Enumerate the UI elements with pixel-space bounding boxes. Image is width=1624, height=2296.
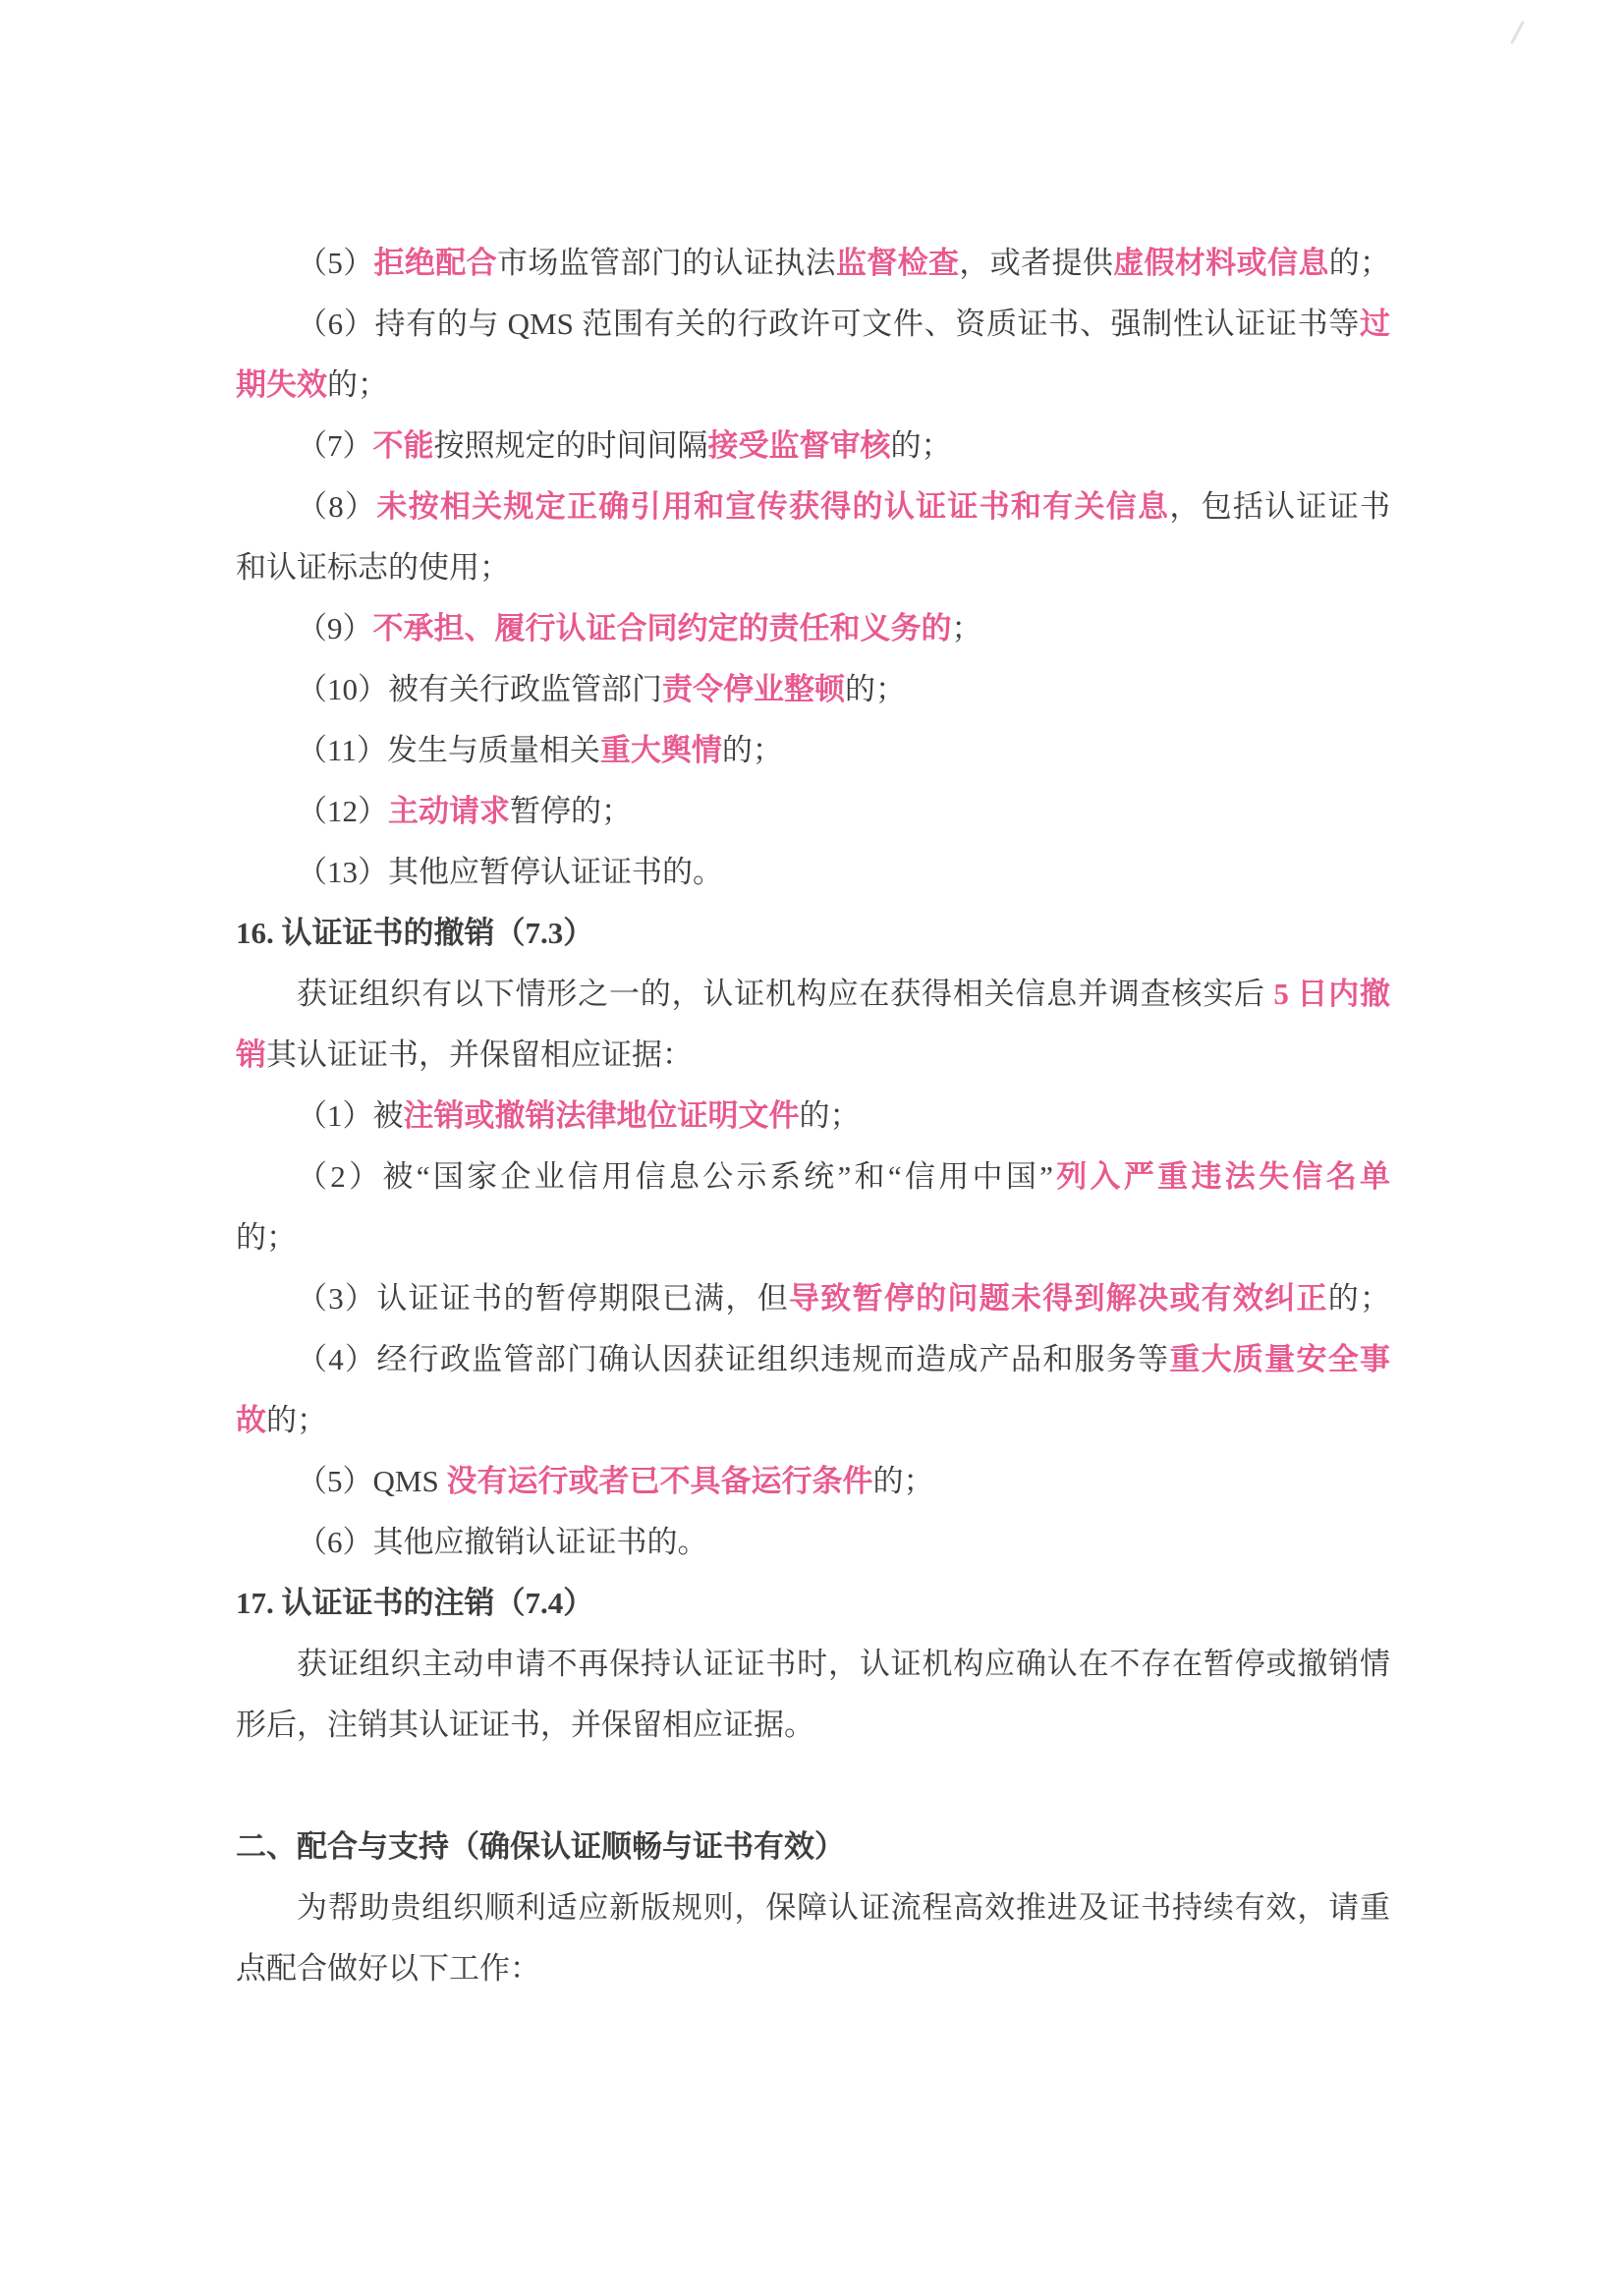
- scan-artifact: [1510, 21, 1525, 44]
- highlighted-text: 不承担、履行认证合同约定的责任和义务的: [373, 611, 952, 645]
- document-page: （5）拒绝配合市场监管部门的认证执法监督检查，或者提供虚假材料或信息的；（6）持…: [0, 0, 1624, 2296]
- text-line: [236, 1756, 1390, 1817]
- text-segment: 二、配合与支持（确保认证顺畅与证书有效）: [236, 1829, 845, 1864]
- highlighted-text: 重大舆情: [600, 733, 722, 767]
- highlighted-text: 5 日内撤: [1273, 977, 1390, 1011]
- text-line: （12）主动请求暂停的；: [236, 781, 1390, 842]
- text-segment: 和认证标志的使用；: [236, 550, 510, 585]
- text-segment: 获证组织有以下情形之一的，认证机构应在获得相关信息并调查核实后: [297, 977, 1273, 1011]
- text-segment: （1）被: [297, 1098, 404, 1133]
- text-line: （1）被注销或撤销法律地位证明文件的；: [236, 1086, 1390, 1147]
- text-segment: 的；: [1328, 1281, 1390, 1316]
- text-line: （6）其他应撤销认证证书的。: [236, 1512, 1390, 1573]
- highlighted-text: 不能: [373, 428, 434, 463]
- text-segment: 的；: [845, 672, 906, 706]
- text-line: （13）其他应暂停认证证书的。: [236, 842, 1390, 903]
- text-line: （8）未按相关规定正确引用和宣传获得的认证证书和有关信息，包括认证证书: [236, 476, 1390, 537]
- text-line: （4）经行政监管部门确认因获证组织违规而造成产品和服务等重大质量安全事: [236, 1329, 1390, 1390]
- text-line: （2）被“国家企业信用信息公示系统”和“信用中国”列入严重违法失信名单: [236, 1147, 1390, 1207]
- text-line: 故的；: [236, 1390, 1390, 1451]
- text-line: 形后，注销其认证证书，并保留相应证据。: [236, 1695, 1390, 1756]
- text-segment: 点配合做好以下工作：: [236, 1951, 540, 1986]
- text-line: 获证组织主动申请不再保持认证证书时，认证机构应确认在不存在暂停或撤销情: [236, 1634, 1390, 1695]
- section-heading: 二、配合与支持（确保认证顺畅与证书有效）: [236, 1817, 1390, 1877]
- text-segment: （2）被“国家企业信用信息公示系统”和“信用中国”: [297, 1159, 1053, 1194]
- section-heading: 17. 认证证书的注销（7.4）: [236, 1573, 1390, 1634]
- text-segment: 17. 认证证书的注销（7.4）: [236, 1586, 593, 1620]
- text-segment: 按照规定的时间间隔: [434, 428, 708, 463]
- text-line: 为帮助贵组织顺利适应新版规则，保障认证流程高效推进及证书持续有效，请重: [236, 1877, 1390, 1938]
- text-segment: 形后，注销其认证证书，并保留相应证据。: [236, 1708, 814, 1742]
- highlighted-text: 虚假材料或信息: [1113, 246, 1329, 280]
- text-segment: （8）: [297, 489, 376, 524]
- text-line: 点配合做好以下工作：: [236, 1938, 1390, 1999]
- text-line: （9）不承担、履行认证合同约定的责任和义务的；: [236, 598, 1390, 659]
- text-segment: 的；: [891, 428, 952, 463]
- text-segment: ，包括认证证书: [1169, 489, 1390, 524]
- text-segment: 获证组织主动申请不再保持认证证书时，认证机构应确认在不存在暂停或撤销情: [297, 1647, 1390, 1681]
- text-line: （3）认证证书的暂停期限已满，但导致暂停的问题未得到解决或有效纠正的；: [236, 1268, 1390, 1329]
- text-segment: （6）其他应撤销认证证书的。: [297, 1525, 708, 1559]
- text-segment: （3）认证证书的暂停期限已满，但: [297, 1281, 789, 1316]
- highlighted-text: 没有运行或者已不具备运行条件: [446, 1464, 872, 1498]
- highlighted-text: 注销或撤销法律地位证明文件: [404, 1098, 800, 1133]
- highlighted-text: 列入严重违法失信名单: [1053, 1159, 1390, 1194]
- text-segment: 的；: [722, 733, 783, 767]
- text-segment: 市场监管部门的认证执法: [497, 246, 836, 280]
- text-segment: （13）其他应暂停认证证书的。: [297, 855, 723, 889]
- text-line: 销其认证证书，并保留相应证据：: [236, 1025, 1390, 1086]
- text-segment: （7）: [297, 428, 373, 463]
- highlighted-text: 过: [1360, 307, 1390, 341]
- highlighted-text: 未按相关规定正确引用和宣传获得的认证证书和有关信息: [376, 489, 1169, 524]
- highlighted-text: 故: [236, 1403, 266, 1437]
- text-line: （11）发生与质量相关重大舆情的；: [236, 720, 1390, 781]
- text-line: （5）拒绝配合市场监管部门的认证执法监督检查，或者提供虚假材料或信息的；: [236, 233, 1390, 294]
- text-segment: （9）: [297, 611, 373, 645]
- highlighted-text: 主动请求: [388, 794, 510, 828]
- text-segment: （11）发生与质量相关: [297, 733, 600, 767]
- text-segment: 的；: [236, 1220, 297, 1255]
- text-segment: 的；: [327, 367, 388, 402]
- section-heading: 16. 认证证书的撤销（7.3）: [236, 903, 1390, 964]
- text-segment: 暂停的；: [510, 794, 632, 828]
- text-line: 和认证标志的使用；: [236, 537, 1390, 598]
- text-segment: （6）持有的与 QMS 范围有关的行政许可文件、资质证书、强制性认证证书等: [297, 307, 1360, 341]
- document-body: （5）拒绝配合市场监管部门的认证执法监督检查，或者提供虚假材料或信息的；（6）持…: [236, 233, 1390, 1999]
- text-segment: 的；: [266, 1403, 327, 1437]
- highlighted-text: 监督检查: [836, 246, 959, 280]
- text-segment: 16. 认证证书的撤销（7.3）: [236, 916, 593, 950]
- text-line: （5）QMS 没有运行或者已不具备运行条件的；: [236, 1451, 1390, 1512]
- text-line: （7）不能按照规定的时间间隔接受监督审核的；: [236, 416, 1390, 476]
- text-line: （10）被有关行政监管部门责令停业整顿的；: [236, 659, 1390, 720]
- highlighted-text: 重大质量安全事: [1169, 1342, 1390, 1376]
- text-line: （6）持有的与 QMS 范围有关的行政许可文件、资质证书、强制性认证证书等过: [236, 294, 1390, 355]
- highlighted-text: 期失效: [236, 367, 327, 402]
- text-line: 获证组织有以下情形之一的，认证机构应在获得相关信息并调查核实后 5 日内撤: [236, 964, 1390, 1025]
- text-segment: 的；: [872, 1464, 933, 1498]
- highlighted-text: 责令停业整顿: [662, 672, 845, 706]
- text-segment: （10）被有关行政监管部门: [297, 672, 662, 706]
- highlighted-text: 接受监督审核: [708, 428, 891, 463]
- text-segment: （4）经行政监管部门确认因获证组织违规而造成产品和服务等: [297, 1342, 1169, 1376]
- text-segment: ；: [952, 611, 982, 645]
- text-segment: ，或者提供: [959, 246, 1113, 280]
- text-segment: （5）: [297, 246, 374, 280]
- highlighted-text: 销: [236, 1037, 266, 1072]
- text-segment: 的；: [1329, 246, 1390, 280]
- text-segment: 其认证证书，并保留相应证据：: [266, 1037, 693, 1072]
- highlighted-text: 拒绝配合: [374, 246, 497, 280]
- highlighted-text: 导致暂停的问题未得到解决或有效纠正: [789, 1281, 1328, 1316]
- text-line: 的；: [236, 1207, 1390, 1268]
- text-line: 期失效的；: [236, 355, 1390, 416]
- text-segment: 的；: [800, 1098, 861, 1133]
- text-segment: （5）QMS: [297, 1464, 446, 1498]
- text-segment: 为帮助贵组织顺利适应新版规则，保障认证流程高效推进及证书持续有效，请重: [297, 1890, 1390, 1925]
- text-segment: （12）: [297, 794, 388, 828]
